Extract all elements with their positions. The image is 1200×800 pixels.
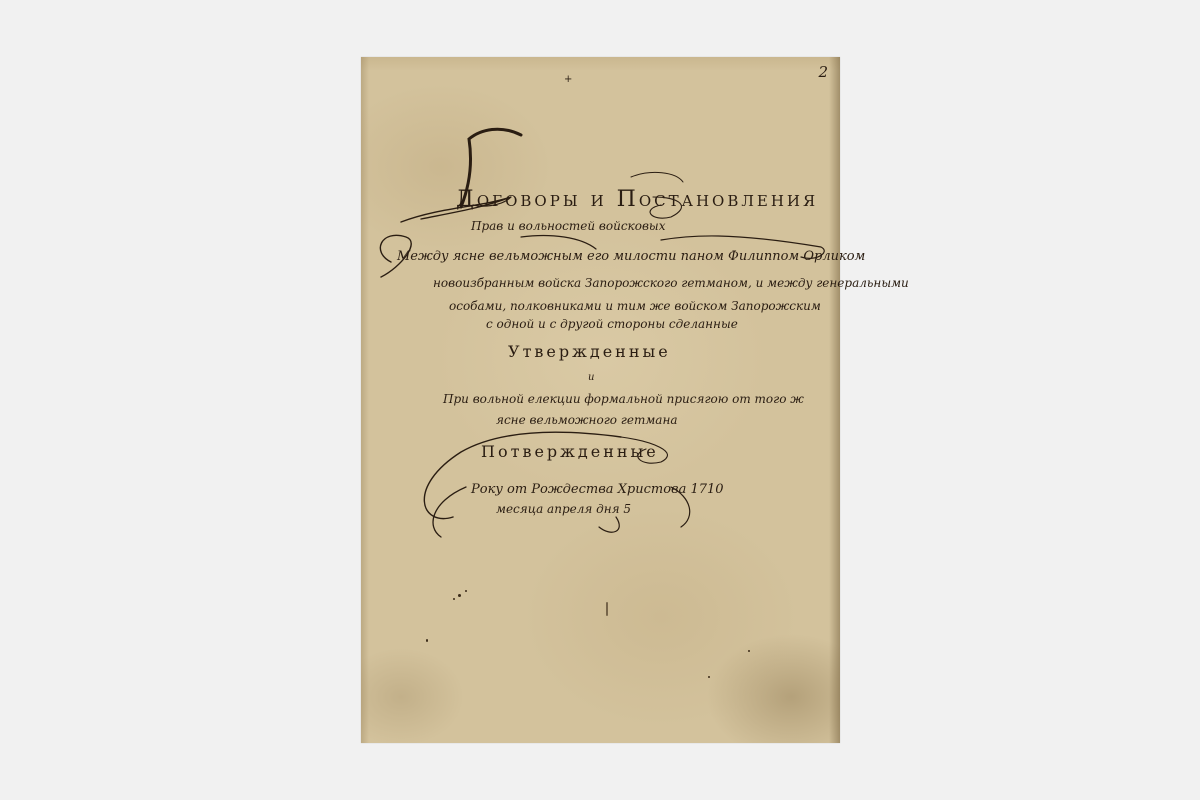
heading-ratified: Потвержденные [481, 442, 659, 461]
body-line: Между ясне вельможным его милости паном … [397, 249, 865, 264]
date-line: месяца апреля дня 5 [496, 502, 631, 516]
ink-speck [708, 676, 710, 678]
ink-speck [465, 590, 467, 592]
body-line: ясне вельможного гетмана [496, 413, 678, 427]
page-title: Договоры и Постановления [456, 187, 818, 212]
body-line: особами, полковниками и тим же войском З… [449, 299, 821, 313]
ink-speck [748, 650, 750, 652]
conjunction: и [588, 372, 594, 383]
body-line: с одной и с другой стороны сделанные [486, 317, 738, 331]
top-mark: + [564, 74, 572, 85]
ink-speck [453, 598, 455, 600]
folio-number: 2 [818, 63, 828, 81]
date-line: Року от Рождества Христова 1710 [471, 482, 724, 497]
ink-speck [458, 594, 461, 597]
manuscript-page: 2 + Договоры и Постановления Прав и воль… [361, 57, 840, 743]
heading-confirmed: Утвержденные [508, 342, 671, 361]
title-text: Договоры и Постановления [456, 187, 818, 212]
ink-speck [426, 639, 428, 642]
body-line: При вольной елекции формальной присягою … [443, 392, 804, 406]
body-line: новоизбранным войска Запорожского гетман… [433, 276, 909, 290]
subtitle: Прав и вольностей войсковых [471, 219, 665, 233]
ink-speck [606, 602, 608, 616]
